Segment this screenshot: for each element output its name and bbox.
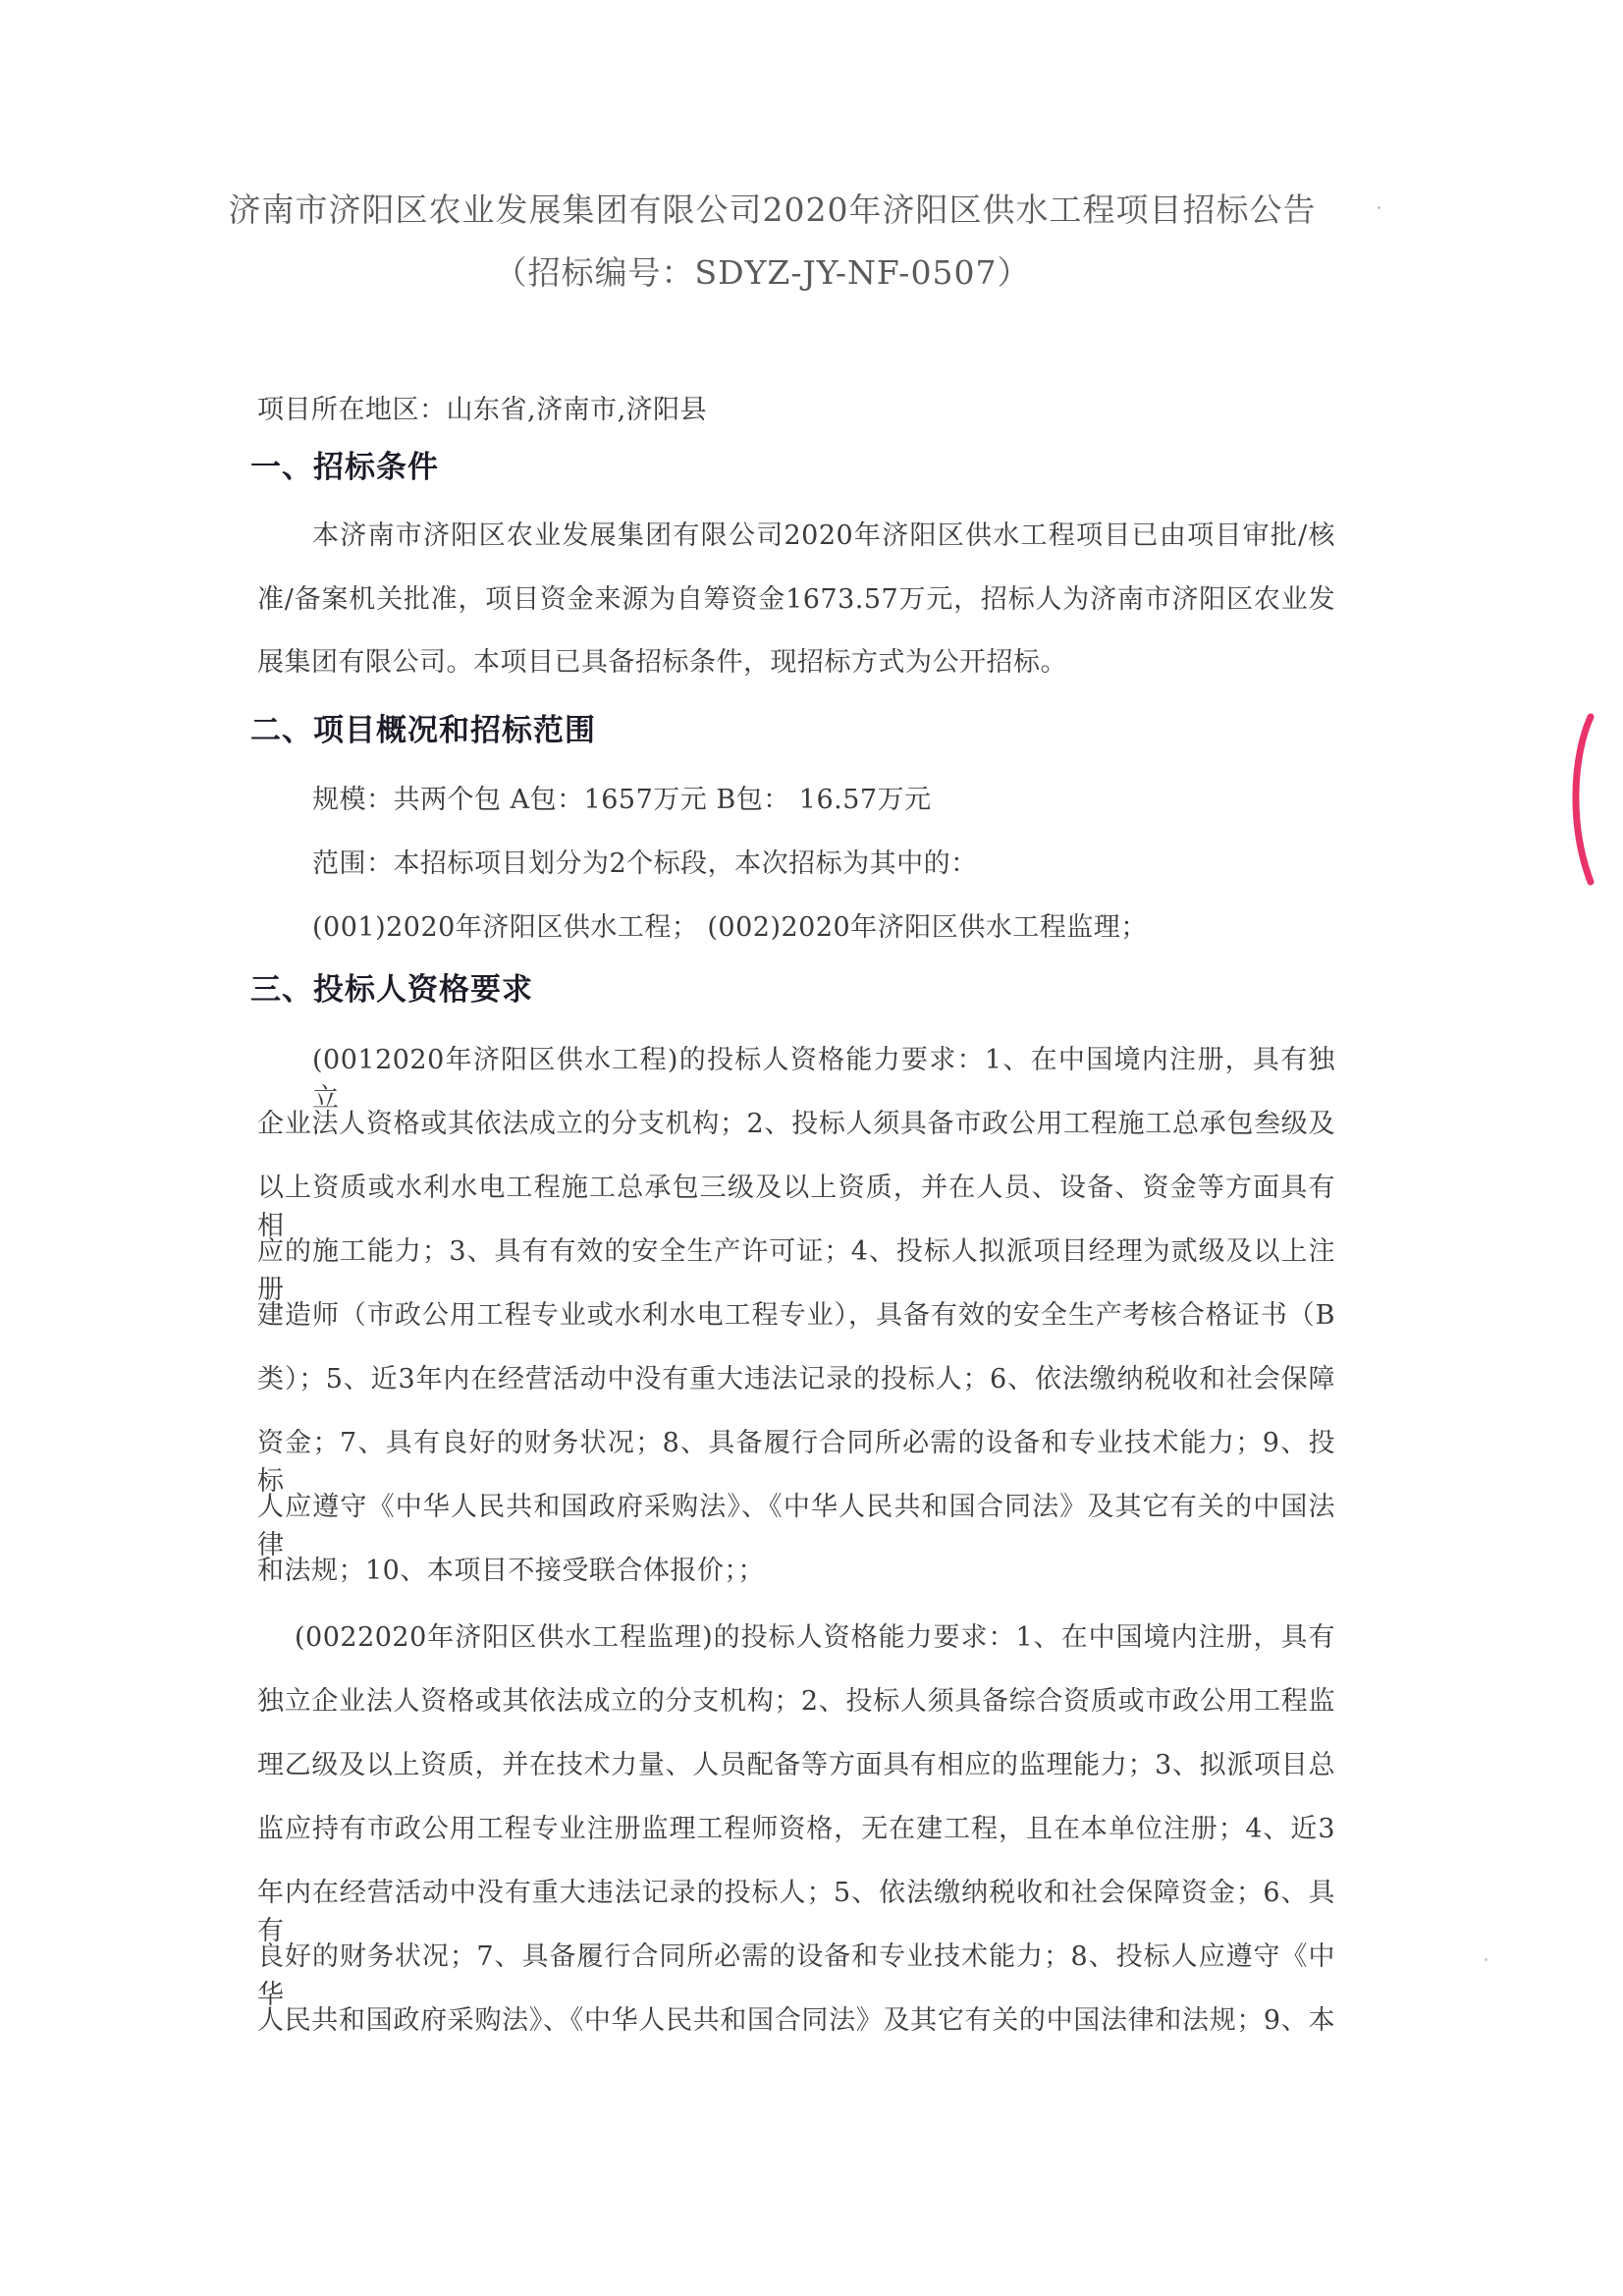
paragraph-line: 准/备案机关批准，项目资金来源为自筹资金1673.57万元，招标人为济南市济阳区… — [257, 577, 1335, 616]
paragraph-line: 和法规；10、本项目不接受联合体报价；； — [257, 1549, 765, 1587]
paragraph-line: (0022020年济阳区供水工程监理)的投标人资格能力要求：1、在中国境内注册，… — [295, 1615, 1335, 1654]
seal-stamp-icon — [1563, 707, 1622, 889]
section-heading-tender-conditions: 一、招标条件 — [250, 442, 439, 486]
paragraph-line: 建造师（市政公用工程专业或水利水电工程专业），具备有效的安全生产考核合格证书（B — [257, 1293, 1335, 1332]
scan-speck — [1485, 1958, 1488, 1961]
section-heading-bidder-qualifications: 三、投标人资格要求 — [250, 964, 533, 1009]
document-title: 济南市济阳区农业发展集团有限公司2020年济阳区供水工程项目招标公告 — [0, 185, 1584, 231]
paragraph-line: 企业法人资格或其依法成立的分支机构；2、投标人须具备市政公用工程施工总承包叁级及 — [257, 1102, 1335, 1140]
tender-code: （招标编号：SDYZ-JY-NF-0507） — [0, 247, 1574, 294]
lots-line: (001)2020年济阳区供水工程； (002)2020年济阳区供水工程监理； — [312, 905, 1148, 944]
scope-line: 范围：本招标项目划分为2个标段，本次招标为其中的： — [312, 842, 978, 880]
project-location: 项目所在地区：山东省,济南市,济阳县 — [257, 388, 707, 426]
paragraph-line: 独立企业法人资格或其依法成立的分支机构；2、投标人须具备综合资质或市政公用工程监 — [257, 1679, 1335, 1718]
paragraph-line: 人民共和国政府采购法》、《中华人民共和国合同法》及其它有关的中国法律和法规；9、… — [257, 1998, 1335, 2037]
paragraph-line: 监应持有市政公用工程专业注册监理工程师资格，无在建工程，且在本单位注册；4、近3 — [257, 1807, 1335, 1845]
paragraph-line: 展集团有限公司。本项目已具备招标条件，现招标方式为公开招标。 — [257, 640, 1067, 679]
scanned-document-page: 济南市济阳区农业发展集团有限公司2020年济阳区供水工程项目招标公告 （招标编号… — [0, 0, 1623, 2296]
section-heading-project-overview: 二、项目概况和招标范围 — [250, 705, 596, 749]
paragraph-line: 本济南市济阳区农业发展集团有限公司2020年济阳区供水工程项目已由项目审批/核 — [312, 514, 1335, 552]
paragraph-line: 类）；5、近3年内在经营活动中没有重大违法记录的投标人；6、依法缴纳税收和社会保… — [257, 1357, 1335, 1395]
scan-speck — [1378, 206, 1380, 209]
paragraph-line: 理乙级及以上资质，并在技术力量、人员配备等方面具有相应的监理能力；3、拟派项目总 — [257, 1743, 1335, 1781]
scale-line: 规模：共两个包 A包：1657万元 B包： 16.57万元 — [312, 778, 932, 816]
